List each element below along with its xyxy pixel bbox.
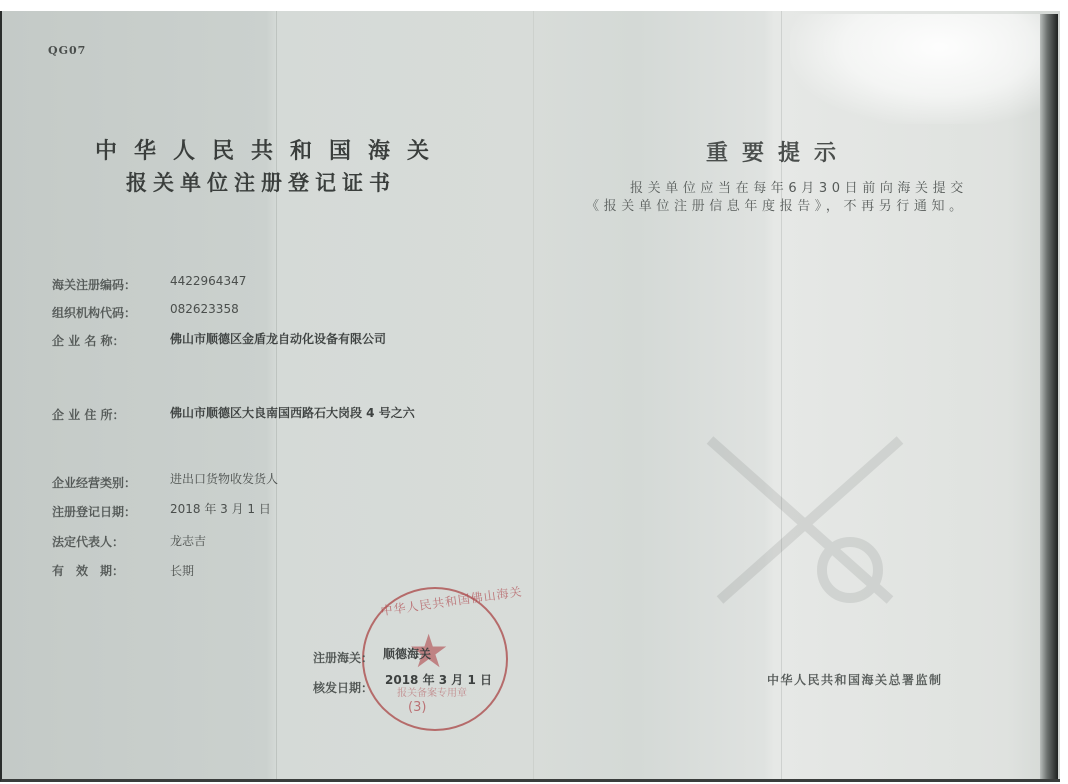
legal-rep-label: 法定代表人： bbox=[52, 533, 124, 550]
form-code: QG07 bbox=[48, 44, 86, 57]
business-type-label: 企业经营类别： bbox=[52, 474, 136, 491]
fold-line bbox=[781, 11, 782, 779]
company-name-value: 佛山市顺德区金盾龙自动化设备有限公司 bbox=[170, 330, 386, 347]
issue-date-value: 2018 年 3 月 1 日 bbox=[385, 671, 492, 688]
fold-line bbox=[276, 11, 277, 779]
address-value: 佛山市顺德区大良南国西路石大岗段 4 号之六 bbox=[170, 404, 415, 421]
company-name-label: 企 业 名 称： bbox=[52, 332, 125, 349]
customs-code-value: 4422964347 bbox=[170, 274, 246, 288]
registration-date-value: 2018 年 3 月 1 日 bbox=[170, 500, 271, 517]
business-type-value: 进出口货物收发货人 bbox=[170, 470, 278, 487]
notice-title: 重要提示 bbox=[706, 136, 850, 167]
customs-emblem-watermark-icon bbox=[690, 420, 920, 620]
supervisor-text: 中华人民共和国海关总署监制 bbox=[767, 671, 943, 688]
address-label: 企 业 住 所： bbox=[52, 406, 125, 423]
legal-rep-value: 龙志吉 bbox=[170, 532, 206, 549]
cover-edge bbox=[1040, 14, 1058, 779]
certificate-subtitle: 报关单位注册登记证书 bbox=[126, 167, 396, 197]
customs-code-label: 海关注册编码： bbox=[52, 276, 136, 293]
issue-date-label: 核发日期： bbox=[313, 679, 373, 696]
certificate-title: 中华人民共和国海关 bbox=[95, 134, 446, 165]
notice-text: 报关单位应当在每年6月30日前向海关提交《报关单位注册信息年度报告》，不再另行通… bbox=[586, 180, 986, 216]
org-code-value: 082623358 bbox=[170, 302, 239, 316]
fold-line bbox=[533, 11, 534, 779]
validity-label: 有 效 期： bbox=[52, 562, 124, 579]
validity-value: 长期 bbox=[170, 562, 194, 579]
registered-customs-label: 注册海关： bbox=[313, 649, 373, 666]
seal-number: (3) bbox=[408, 700, 426, 715]
org-code-label: 组织机构代码： bbox=[52, 304, 136, 321]
registered-customs-value: 顺德海关 bbox=[383, 645, 431, 662]
certificate-paper bbox=[0, 11, 1060, 782]
registration-date-label: 注册登记日期： bbox=[52, 503, 136, 520]
